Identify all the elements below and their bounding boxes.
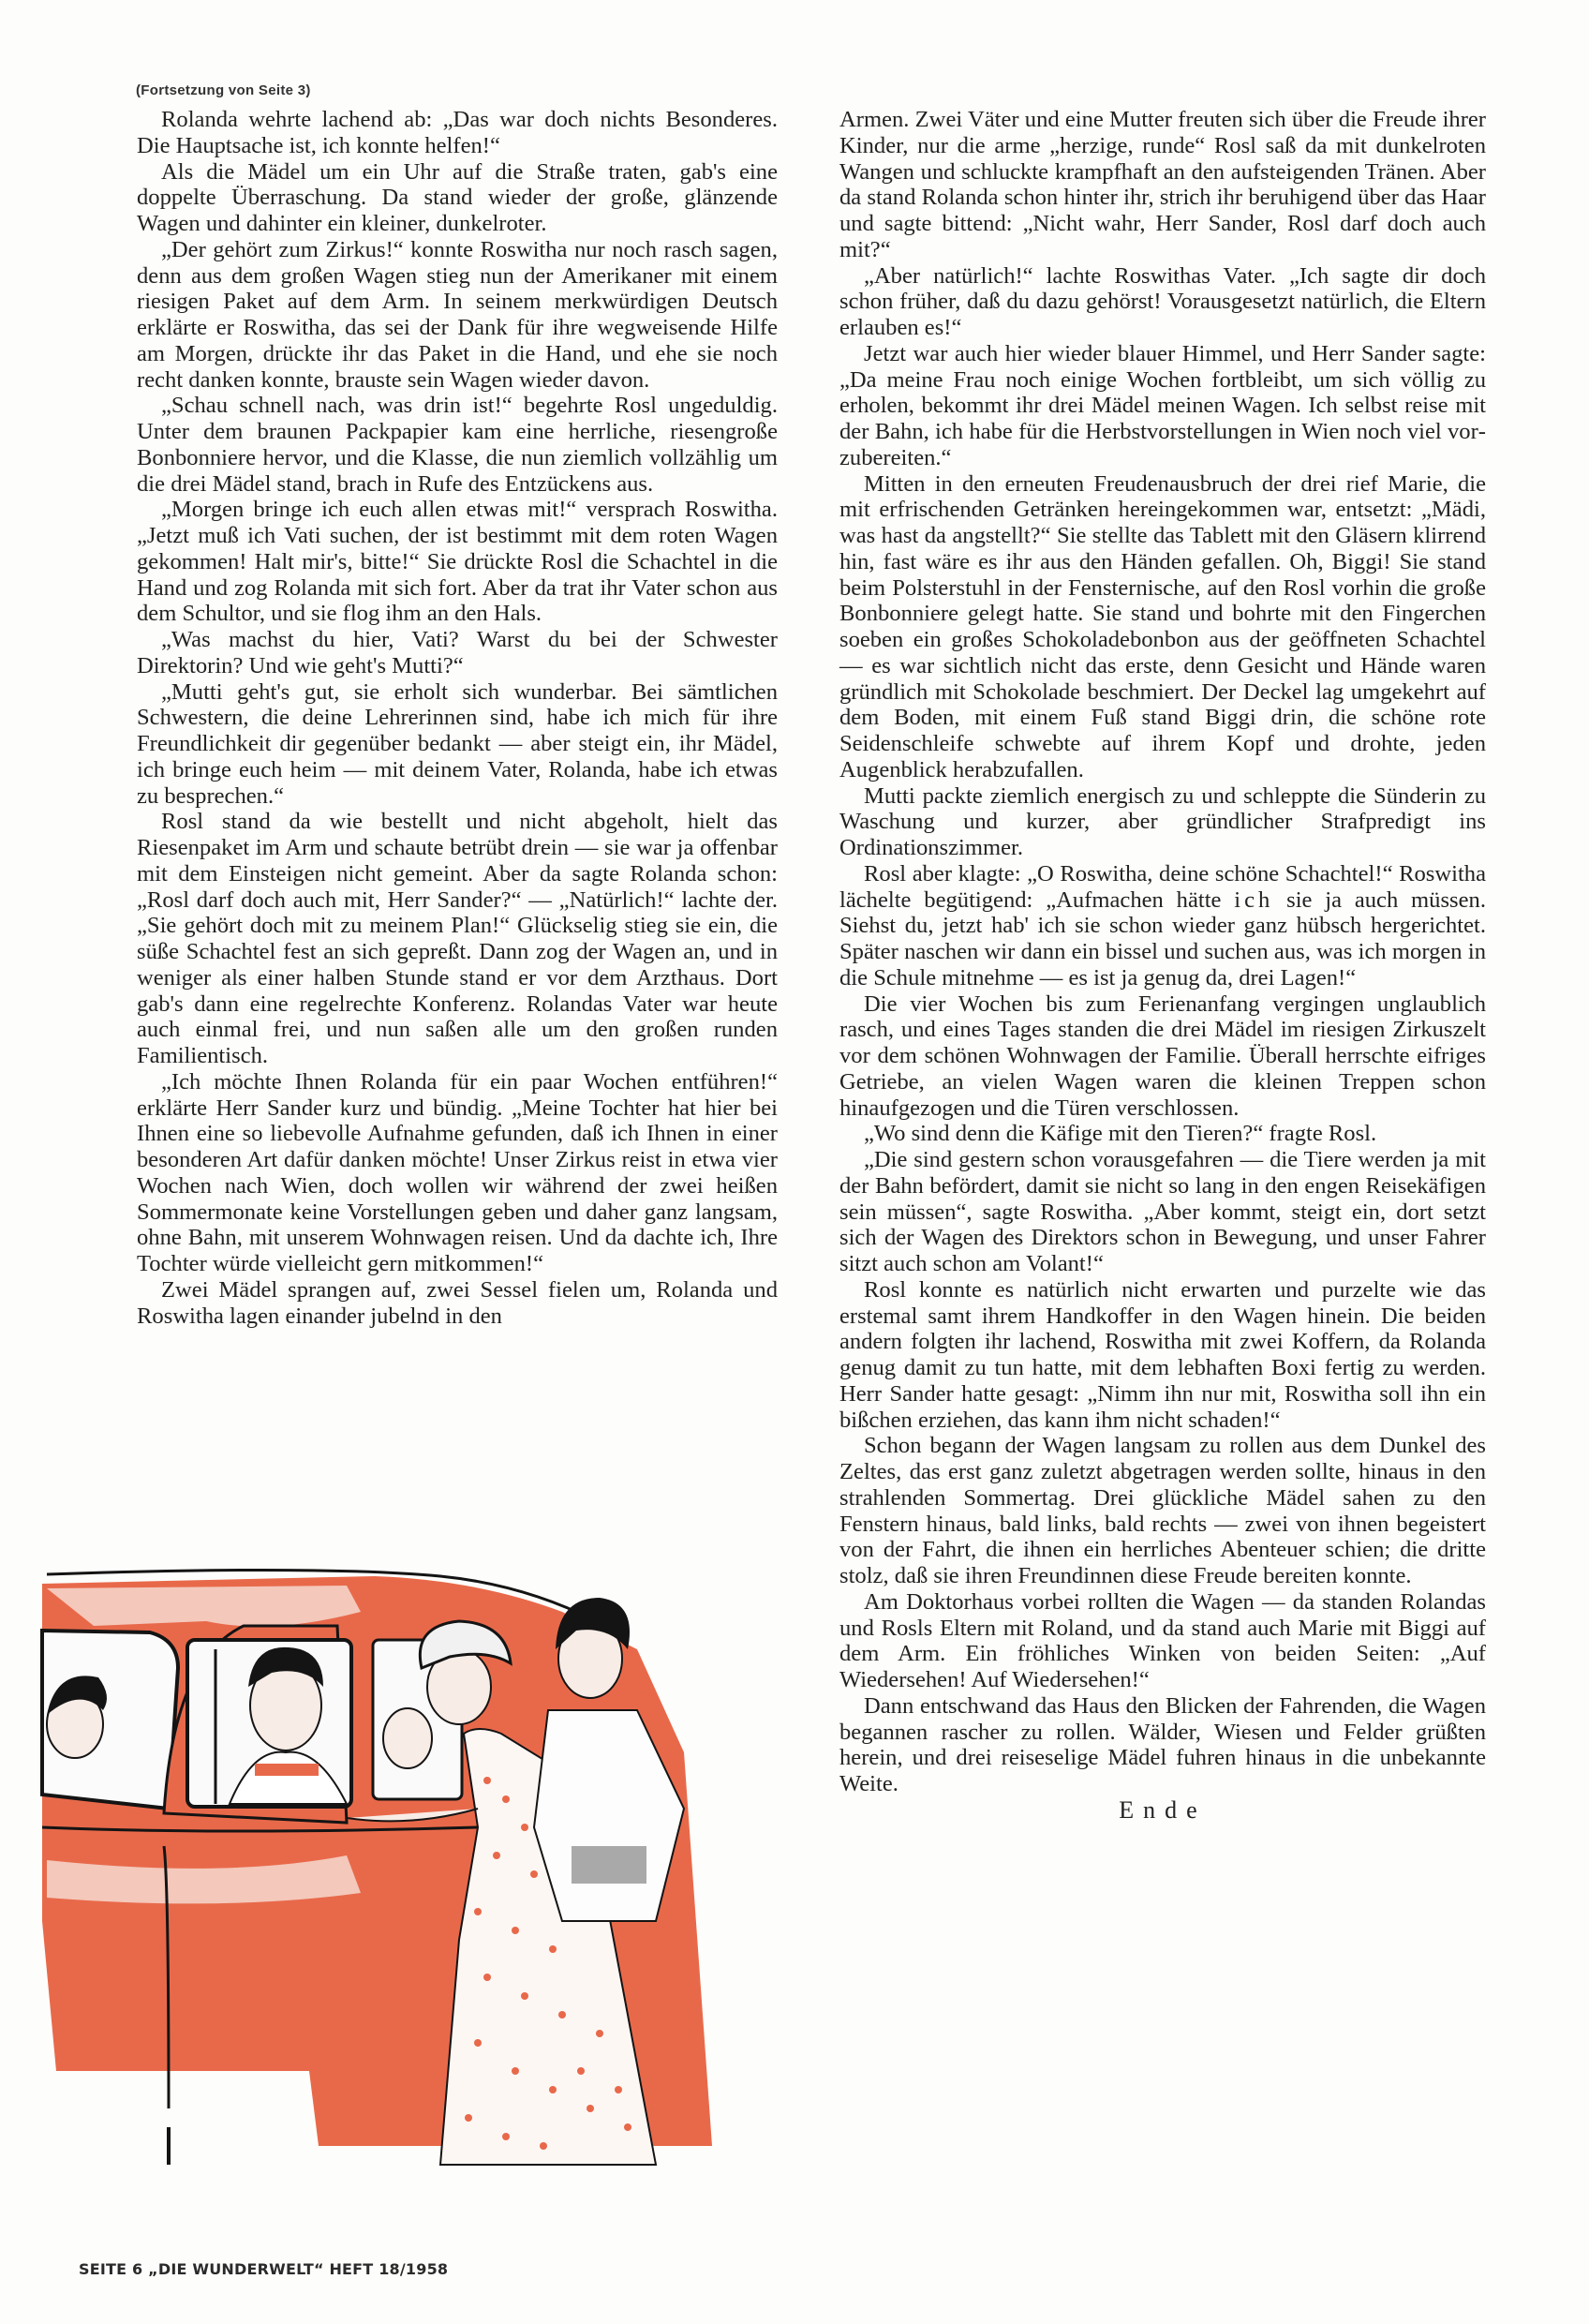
car-scene-illustration [37, 1546, 815, 2202]
paragraph: Armen. Zwei Väter und eine Mutter freute… [839, 107, 1486, 263]
paragraph: Als die Mädel um ein Uhr auf die Straße … [137, 159, 778, 237]
paragraph: Rolanda wehrte lachend ab: „Das war doch… [137, 107, 778, 159]
paragraph: Mutti packte ziemlich energisch zu und s… [839, 783, 1486, 861]
left-text-column: Rolanda wehrte lachend ab: „Das war doch… [137, 107, 778, 1329]
paragraph: „Morgen bringe ich euch allen etwas mit!… [137, 497, 778, 627]
paragraph: Schon begann der Wagen langsam zu rollen… [839, 1433, 1486, 1589]
story-illustration [37, 1546, 815, 2202]
paragraph: Rosl konnte es natürlich nicht erwarten … [839, 1277, 1486, 1434]
story-end-marker: Ende [839, 1797, 1486, 1824]
paragraph: Am Doktorhaus vorbei rollten die Wagen —… [839, 1589, 1486, 1693]
paragraph: Rosl stand da wie bestellt und nicht abg… [137, 809, 778, 1069]
paragraph: „Die sind gestern schon vorausgefahren —… [839, 1147, 1486, 1277]
page-footer: SEITE 6 „DIE WUNDERWELT“ HEFT 18/1958 [79, 2260, 448, 2278]
paragraph: Dann entschwand das Haus den Blicken der… [839, 1693, 1486, 1797]
paragraph-klagte: Rosl aber klagte: „O Roswitha, deine sch… [839, 861, 1486, 991]
emphasized-word: ich [1234, 887, 1273, 913]
paragraph: „Der gehört zum Zirkus!“ konnte Roswitha… [137, 237, 778, 394]
right-text-column: Armen. Zwei Väter und eine Mutter freute… [839, 107, 1486, 1824]
paragraph: „Wo sind denn die Käfige mit den Tieren?… [839, 1121, 1486, 1147]
paragraph: „Ich möchte Ihnen Rolanda für ein paar W… [137, 1069, 778, 1277]
paragraph: „Aber natürlich!“ lachte Roswithas Vater… [839, 263, 1486, 341]
paragraph: Zwei Mädel sprangen auf, zwei Sessel fie… [137, 1277, 778, 1330]
paragraph: Die vier Wochen bis zum Ferienanfang ver… [839, 991, 1486, 1122]
magazine-page: (Fortsetzung von Seite 3) Rolanda wehrte… [0, 0, 1589, 2324]
paragraph: „Schau schnell nach, was drin ist!“ bege… [137, 393, 778, 497]
paragraph: Mitten in den erneuten Freudenausbruch d… [839, 471, 1486, 783]
continuation-note: (Fortsetzung von Seite 3) [136, 82, 311, 98]
paragraph: Jetzt war auch hier wieder blauer Himmel… [839, 341, 1486, 471]
paragraph: „Mutti geht's gut, sie erholt sich wunde… [137, 679, 778, 810]
paragraph: „Was machst du hier, Vati? Warst du bei … [137, 627, 778, 679]
